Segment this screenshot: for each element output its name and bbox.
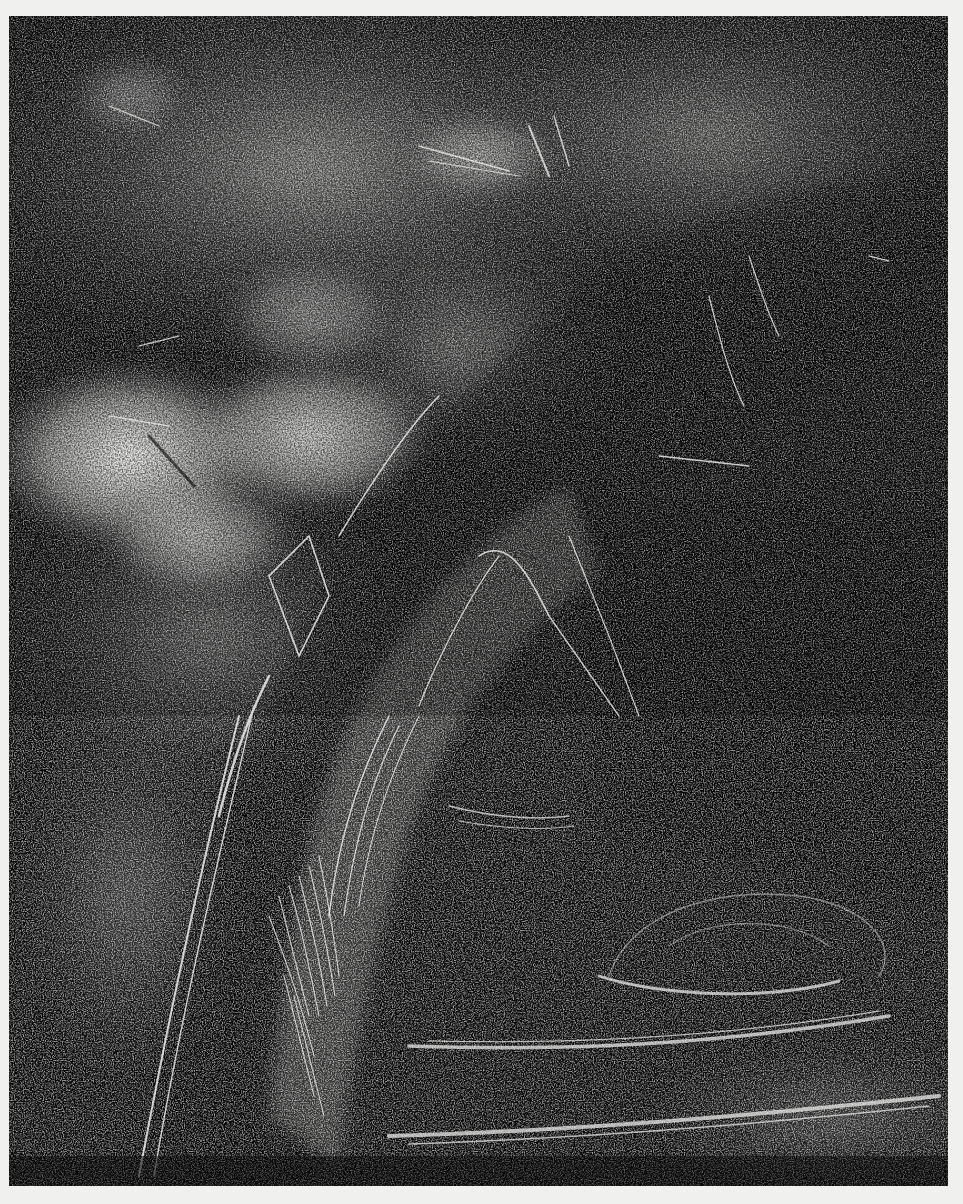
artwork-print	[9, 16, 948, 1186]
paper-background	[0, 0, 963, 1204]
artwork-canvas	[9, 16, 948, 1186]
